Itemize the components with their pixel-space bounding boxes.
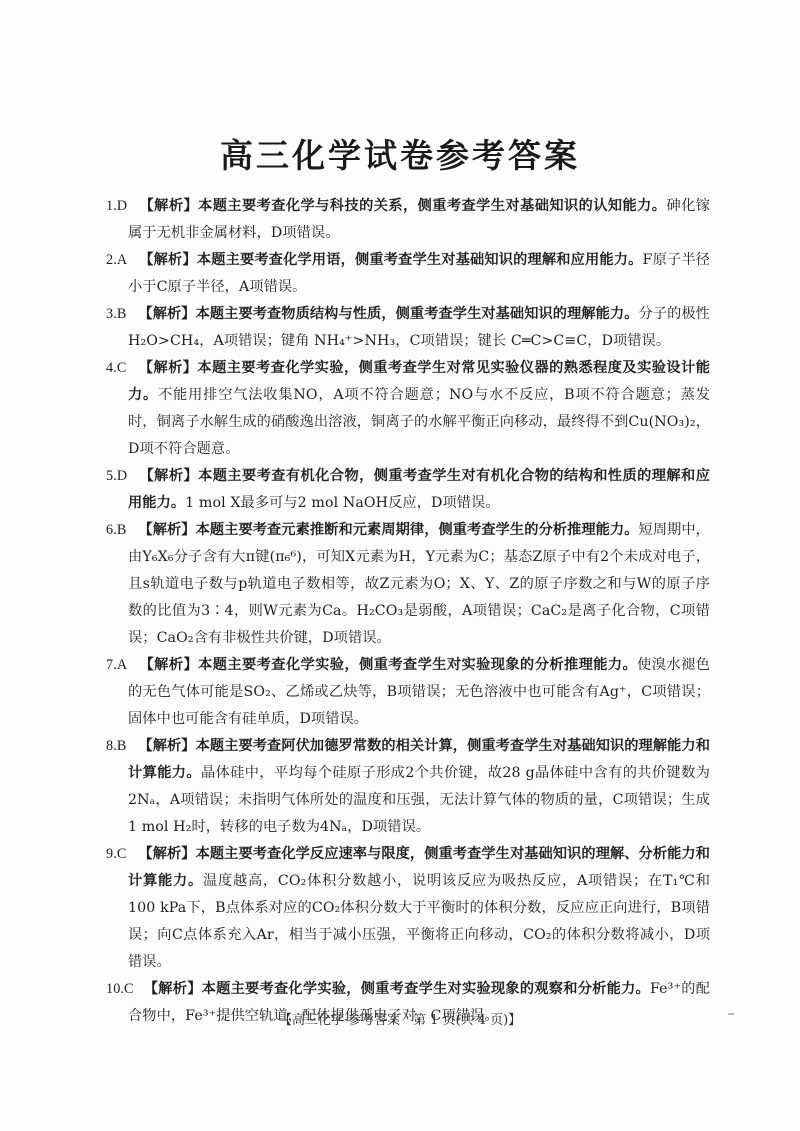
item-summary: 本题主要考查化学用语，侧重考查学生对基础知识的理解和应用能力。 <box>197 252 643 268</box>
analysis-tag: 【解析】 <box>138 738 195 754</box>
answer-item-8: 8.B【解析】本题主要考查阿伏加德罗常数的相关计算，侧重考查学生对基础知识的理解… <box>106 733 710 841</box>
answer-item-5: 5.D【解析】本题主要考查有机化合物，侧重考查学生对有机化合物的结构和性质的理解… <box>106 463 710 517</box>
item-number: 8. <box>106 738 117 754</box>
item-number: 7. <box>106 657 117 673</box>
item-answer: A <box>117 252 127 268</box>
analysis-tag: 【解析】 <box>138 522 195 538</box>
page-footer: 【高三化学·参考答案 第 1 页(共 4 页)】 <box>0 1009 800 1028</box>
analysis-tag: 【解析】 <box>139 657 198 673</box>
item-answer: D <box>117 468 127 484</box>
item-number: 2. <box>106 252 117 268</box>
answer-item-2: 2.A【解析】本题主要考查化学用语，侧重考查学生对基础知识的理解和应用能力。F原… <box>106 247 710 301</box>
answer-item-1: 1.D【解析】本题主要考查化学与科技的关系，侧重考查学生对基础知识的认知能力。砷… <box>106 193 710 247</box>
answer-list: 1.D【解析】本题主要考查化学与科技的关系，侧重考查学生对基础知识的认知能力。砷… <box>106 193 710 1030</box>
item-number: 10. <box>106 981 124 997</box>
analysis-tag: 【解析】 <box>139 198 198 214</box>
answer-item-6: 6.B【解析】本题主要考查元素推断和元素周期律，侧重考查学生的分析推理能力。短周… <box>106 517 710 652</box>
item-answer: A <box>117 657 127 673</box>
item-answer: D <box>117 198 127 214</box>
item-number: 4. <box>106 360 117 376</box>
item-number: 3. <box>106 306 117 322</box>
item-body: 1 mol X最多可与2 mol NaOH反应，D项错误。 <box>185 495 499 511</box>
item-answer: C <box>124 981 134 997</box>
item-number: 1. <box>106 198 117 214</box>
page-title: 高三化学试卷参考答案 <box>0 130 800 177</box>
item-summary: 本题主要考查元素推断和元素周期律，侧重考查学生的分析推理能力。 <box>196 522 639 538</box>
item-summary: 本题主要考查化学实验，侧重考查学生对实验现象的观察和分析能力。 <box>202 981 650 997</box>
item-answer: B <box>117 522 127 538</box>
item-answer: B <box>117 738 127 754</box>
item-answer: C <box>117 360 127 376</box>
item-number: 6. <box>106 522 117 538</box>
answer-item-3: 3.B【解析】本题主要考查物质结构与性质，侧重考查学生对基础知识的理解能力。分子… <box>106 301 710 355</box>
analysis-tag: 【解析】 <box>138 846 195 862</box>
answer-item-9: 9.C【解析】本题主要考查化学反应速率与限度，侧重考查学生对基础知识的理解、分析… <box>106 841 710 976</box>
item-summary: 本题主要考查物质结构与性质，侧重考查学生对基础知识的理解能力。 <box>196 306 639 322</box>
item-body: 不能用排空气法收集NO，A项不符合题意；NO与水不反应，B项不符合题意；蒸发时，… <box>128 387 710 457</box>
item-body: 短周期中，由Y₆X₆分子含有大π键(π₆⁶)，可知X元素为H，Y元素为C；基态Z… <box>128 522 710 646</box>
item-summary: 本题主要考查化学实验，侧重考查学生对实验现象的分析推理能力。 <box>198 657 637 673</box>
item-summary: 本题主要考查化学与科技的关系，侧重考查学生对基础知识的认知能力。 <box>198 198 666 214</box>
item-number: 9. <box>106 846 117 862</box>
answer-sheet-page: 高三化学试卷参考答案 1.D【解析】本题主要考查化学与科技的关系，侧重考查学生对… <box>0 0 800 1131</box>
item-answer: C <box>117 846 127 862</box>
analysis-tag: 【解析】 <box>139 468 198 484</box>
analysis-tag: 【解析】 <box>144 981 202 997</box>
analysis-tag: 【解析】 <box>139 252 197 268</box>
item-number: 5. <box>106 468 117 484</box>
analysis-tag: 【解析】 <box>138 306 195 322</box>
scan-mark <box>728 1013 734 1015</box>
item-body: 晶体硅中，平均每个硅原子形成2个共价键，故28 g晶体硅中含有的共价键数为2Nₐ… <box>128 765 710 835</box>
answer-item-7: 7.A【解析】本题主要考查化学实验，侧重考查学生对实验现象的分析推理能力。使溴水… <box>106 652 710 733</box>
item-body: 温度越高，CO₂体积分数越小，说明该反应为吸热反应，A项错误；在T₁℃和100 … <box>128 873 710 970</box>
analysis-tag: 【解析】 <box>138 360 197 376</box>
answer-item-4: 4.C【解析】本题主要考查化学实验，侧重考查学生对常见实验仪器的熟悉程度及实验设… <box>106 355 710 463</box>
item-answer: B <box>117 306 127 322</box>
